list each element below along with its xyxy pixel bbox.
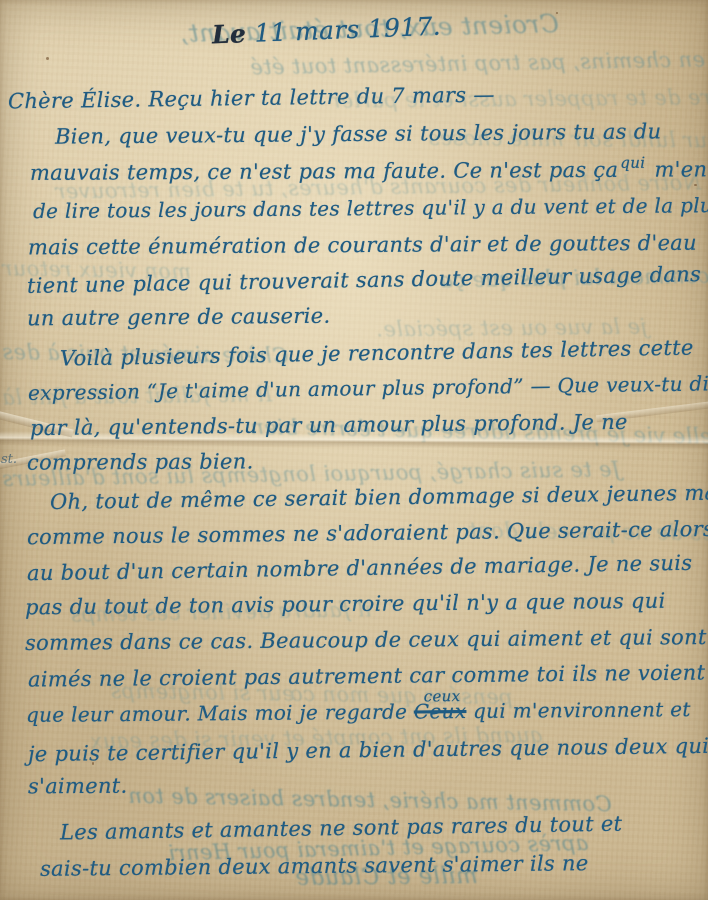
letter-line: que leur amour. Mais moi je regarde Ceux…: [26, 697, 691, 727]
rewritten-word: ceux: [424, 687, 461, 705]
letter-line: mauvais temps, ce n'est pas ma faute. Ce…: [30, 157, 708, 185]
paper-speck: [46, 57, 49, 60]
letter-line: Voilà plusieurs fois que je rencontre da…: [60, 335, 694, 370]
letter-line: un autre genre de causerie.: [27, 304, 331, 331]
margin-mark: st.: [1, 452, 17, 467]
line-text: mauvais temps, ce n'est pas ma faute. Ce…: [30, 158, 618, 185]
date-text: 11 mars 1917.: [246, 12, 442, 48]
corrected-word: Ceuxceux: [414, 699, 467, 723]
letter-line: pas du tout de ton avis pour croire qu'i…: [25, 589, 666, 620]
letter-line: comprends pas bien.: [27, 449, 254, 474]
letter-line: comme nous le sommes ne s'adoraient pas.…: [27, 517, 708, 549]
letter-scan: Croient eux, tout était avant, Je contem…: [0, 0, 708, 900]
line-text: qui m'environnent et: [466, 697, 691, 723]
inserted-word: qui: [620, 153, 645, 171]
paper-speck: [556, 12, 558, 14]
paper-speck: [694, 184, 697, 186]
bleedthrough-text: Je contempler en chemins, pas trop intér…: [250, 45, 708, 80]
letter-line: expression “Je t'aime d'un amour plus pr…: [28, 371, 708, 405]
letter-line: sais-tu combien deux amants savent s'aim…: [40, 851, 589, 881]
letter-line: aimés ne le croient pas autrement car co…: [28, 660, 705, 691]
letter-line: mais cette énumération de courants d'air…: [28, 231, 697, 260]
bleedthrough-text: Comment ma chérie, tendres baisers de to…: [128, 784, 612, 816]
line-text: que leur amour. Mais moi je regarde: [26, 700, 414, 727]
date-prefix: Le: [212, 19, 247, 49]
letter-line: au bout d'un certain nombre d'années de …: [27, 551, 693, 585]
letter-line: sommes dans ce cas. Beaucoup de ceux qui…: [25, 625, 707, 655]
line-text: m'ennuie: [647, 157, 708, 182]
letter-line: s'aiment.: [28, 774, 128, 799]
letter-line: de lire tous les jours dans tes lettres …: [33, 193, 708, 223]
